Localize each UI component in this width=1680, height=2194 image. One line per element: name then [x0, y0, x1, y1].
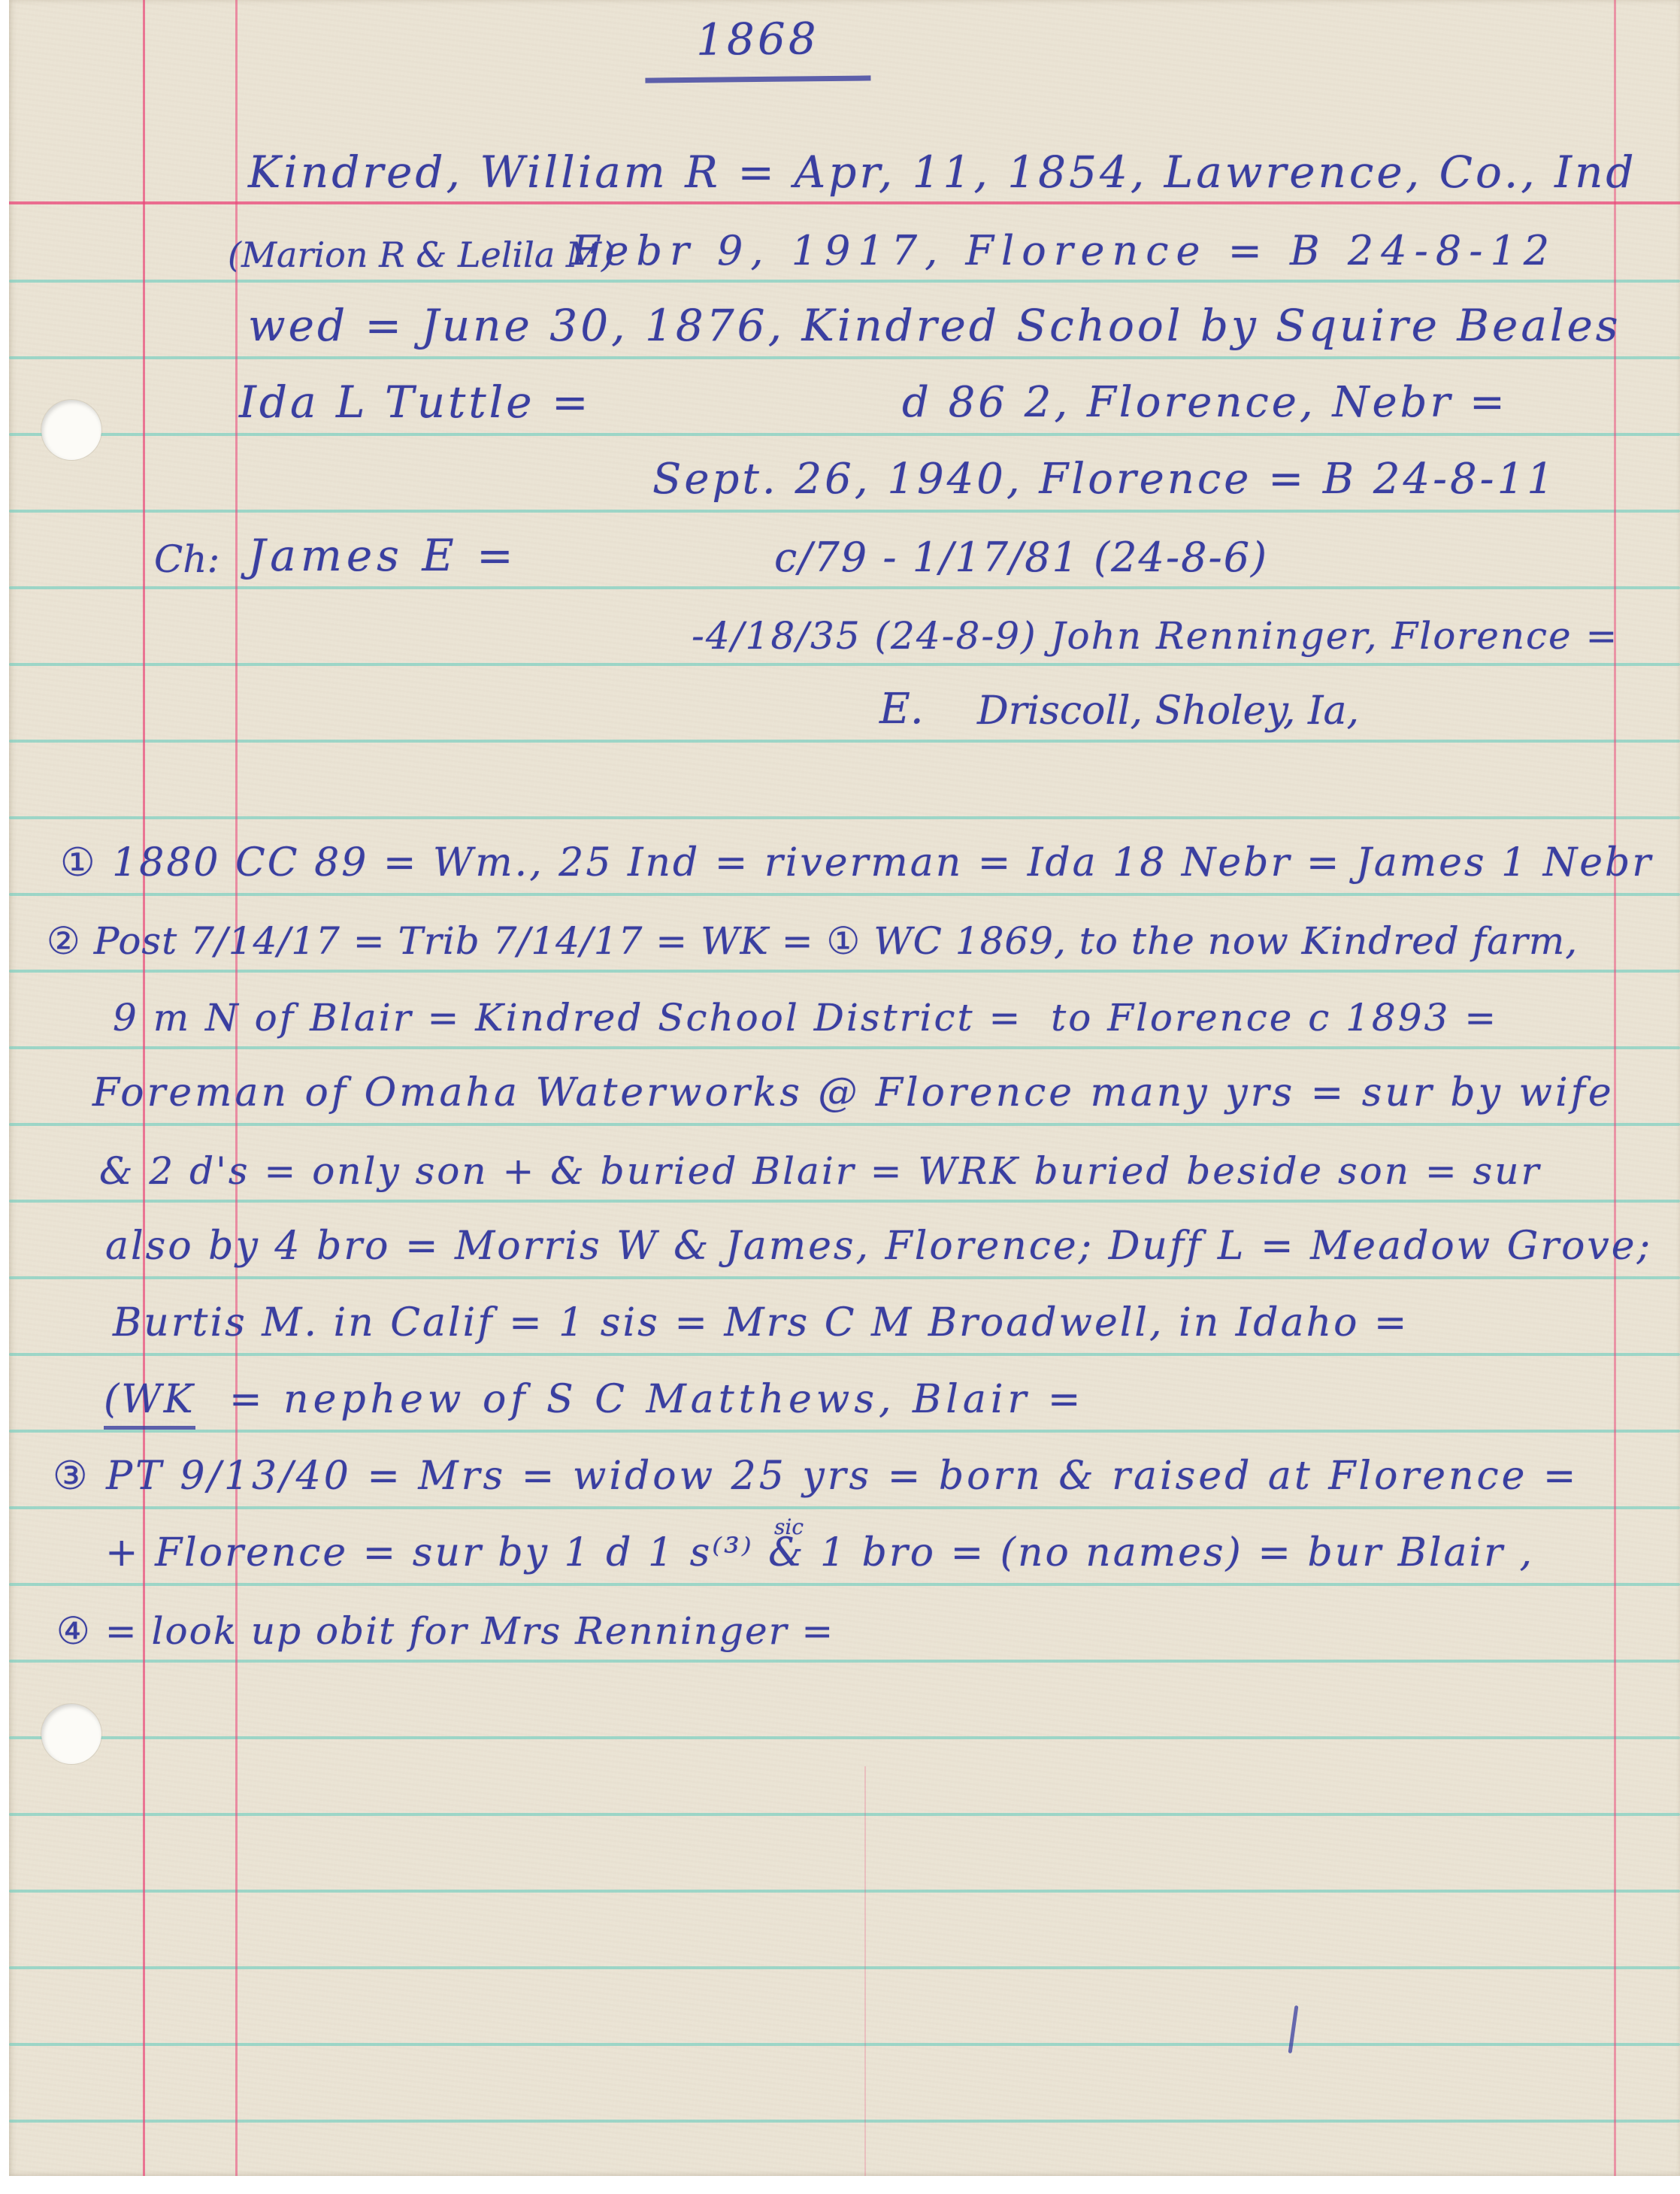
handwriting-line: Driscoll, Sholey, Ia, [977, 689, 1359, 734]
handwriting-line: James E = [248, 531, 518, 581]
handwriting-line: Ida L Tuttle = [239, 377, 592, 428]
handwriting-line: ① 1880 CC 89 = Wm., 25 Ind = riverman = … [60, 841, 1653, 886]
handwriting-line: Febr 9, 1917, Florence = B 24-8-12 [571, 228, 1557, 274]
handwriting-line: Ch: [154, 538, 219, 582]
handwriting-line: ③ PT 9/13/40 = Mrs = widow 25 yrs = born… [53, 1454, 1579, 1499]
handwriting-line: d 86 2, Florence, Nebr = [902, 379, 1508, 427]
handwriting-line: ② Post 7/14/17 = Trib 7/14/17 = WK = ① W… [47, 920, 1578, 964]
handwriting-line: Kindred, William R = Apr, 11, 1854, Lawr… [248, 147, 1637, 198]
handwriting-line: E. [879, 685, 924, 734]
punch-hole-bottom [41, 1704, 101, 1764]
handwriting-line: (Marion R & Lelila M) [228, 235, 615, 275]
handwriting-line: = nephew of S C Matthews, Blair = [229, 1378, 1085, 1423]
handwriting-line: & 2 d's = only son + & buried Blair = WR… [99, 1150, 1541, 1194]
handwriting-line: c/79 - 1/17/81 (24-8-6) [774, 534, 1268, 581]
handwriting-line: wed = June 30, 1876, Kindred School by S… [248, 301, 1621, 351]
handwriting-layer: Kindred, William R = Apr, 11, 1854, Lawr… [0, 0, 1680, 2194]
handwriting-line: Burtis M. in Calif = 1 sis = Mrs C M Bro… [113, 1301, 1409, 1346]
handwriting-line: also by 4 bro = Morris W & James, Floren… [105, 1224, 1652, 1269]
handwriting-line: (WK [104, 1378, 195, 1430]
handwriting-line: -4/18/35 (24-8-9) John Renninger, Floren… [692, 615, 1618, 658]
handwriting-line: sic [774, 1515, 804, 1539]
handwriting-line: + Florence = sur by 1 d 1 s⁽³⁾ & 1 bro =… [105, 1531, 1534, 1576]
handwriting-line: Sept. 26, 1940, Florence = B 24-8-11 [652, 455, 1557, 504]
punch-hole-top [41, 400, 101, 460]
scanned-page: 1868 Kindred, William R = Apr, 11, 1854,… [0, 0, 1680, 2194]
handwriting-line: ④ = look up obit for Mrs Renninger = [56, 1610, 834, 1654]
handwriting-line: Foreman of Omaha Waterworks @ Florence m… [92, 1071, 1615, 1116]
handwriting-line: 9 m N of Blair = Kindred School District… [113, 997, 1498, 1040]
